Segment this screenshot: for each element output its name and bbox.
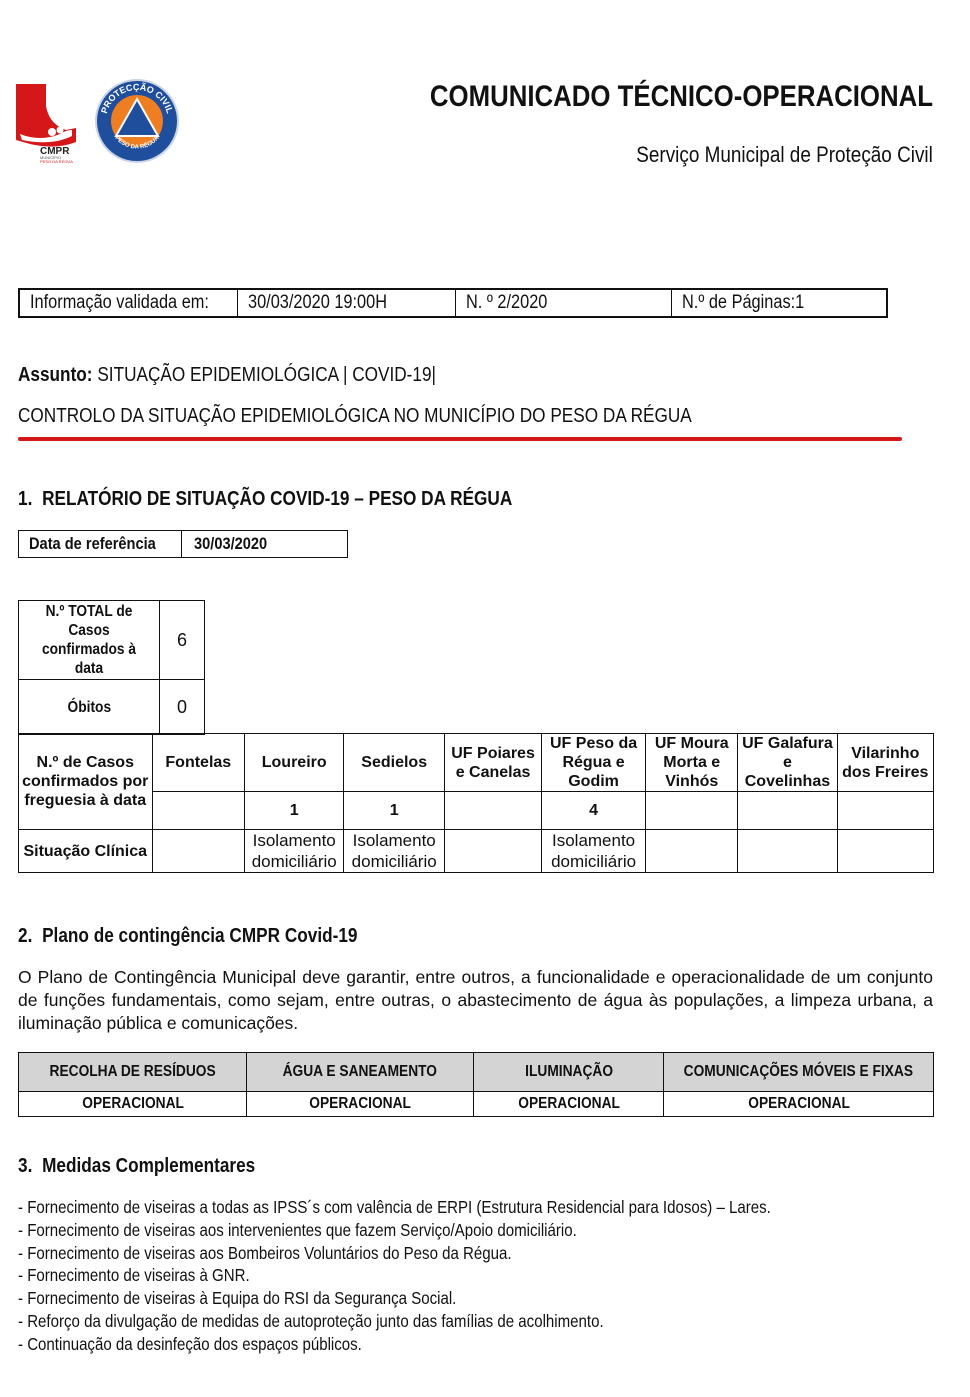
- cmpr-municipality-logo-icon: CMPR MUNICÍPIO PESO DA RÉGUA: [16, 84, 78, 164]
- measure-item: - Reforço da divulgação de medidas de au…: [18, 1310, 893, 1333]
- total-cases-row: N.º TOTAL de Casos confirmados à data 6: [19, 601, 205, 680]
- parish-cases-cell: [738, 792, 837, 830]
- service-name: ILUMINAÇÃO: [474, 1053, 664, 1092]
- parish-cases-cell: [445, 792, 542, 830]
- parish-header: UF Poiares e Canelas: [445, 734, 542, 792]
- subject-line-2: CONTROLO DA SITUAÇÃO EPIDEMIOLÓGICA NO M…: [18, 405, 801, 428]
- deaths-label: Óbitos: [19, 680, 160, 735]
- clinical-status-label: Situação Clínica: [19, 830, 153, 873]
- service-name: ÁGUA E SANEAMENTO: [247, 1053, 474, 1092]
- section-3-heading: 3.Medidas Complementares: [18, 1155, 294, 1178]
- document-subtitle: Serviço Municipal de Proteção Civil: [588, 142, 933, 168]
- parish-status-row: Situação Clínica Isolamento domiciliário…: [19, 830, 934, 873]
- parish-cases-cell: 1: [245, 792, 344, 830]
- service-status: OPERACIONAL: [474, 1092, 664, 1117]
- cases-by-parish-label: N.º de Casos confirmados por freguesia à…: [19, 734, 153, 830]
- parish-status-cell: Isolamento domiciliário: [245, 830, 344, 873]
- deaths-row: Óbitos 0: [19, 680, 205, 735]
- parish-cases-cell: [152, 792, 245, 830]
- parish-cases-cell: [837, 792, 933, 830]
- parish-status-cell: [646, 830, 738, 873]
- parish-status-cell: [445, 830, 542, 873]
- measure-item: - Fornecimento de viseiras aos Bombeiros…: [18, 1242, 893, 1265]
- section-1-heading: 1.RELATÓRIO DE SITUAÇÃO COVID-19 – PESO …: [18, 488, 593, 511]
- validated-datetime: 30/03/2020 19:00H: [238, 290, 456, 316]
- service-status: OPERACIONAL: [19, 1092, 247, 1117]
- measure-item: - Fornecimento de viseiras aos interveni…: [18, 1219, 893, 1242]
- parish-header: Loureiro: [245, 734, 344, 792]
- page-count: N.º de Páginas:1: [672, 290, 886, 316]
- parish-header: UF Moura Morta e Vinhós: [646, 734, 738, 792]
- measure-item: - Fornecimento de viseiras a todas as IP…: [18, 1196, 893, 1219]
- reference-date-label: Data de referência: [19, 531, 182, 557]
- svg-text:PESO DA RÉGUA: PESO DA RÉGUA: [40, 159, 73, 164]
- measure-item: - Fornecimento de viseiras à GNR.: [18, 1264, 893, 1287]
- communique-number: N. º 2/2020: [456, 290, 672, 316]
- proteccao-civil-badge-icon: PROTECÇÃO CIVIL PESO DA RÉGUA: [94, 78, 180, 164]
- section-2-heading: 2.Plano de contingência CMPR Covid-19: [18, 925, 413, 948]
- parish-header: Vilarinho dos Freires: [837, 734, 933, 792]
- service-name: RECOLHA DE RESÍDUOS: [19, 1053, 247, 1092]
- services-name-row: RECOLHA DE RESÍDUOSÁGUA E SANEAMENTOILUM…: [19, 1053, 934, 1092]
- measure-item: - Continuação da desinfeção dos espaços …: [18, 1333, 893, 1356]
- service-name: COMUNICAÇÕES MÓVEIS E FIXAS: [664, 1053, 934, 1092]
- totals-table: N.º TOTAL de Casos confirmados à data 6 …: [18, 600, 205, 735]
- measure-item: - Fornecimento de viseiras à Equipa do R…: [18, 1287, 893, 1310]
- complementary-measures-list: - Fornecimento de viseiras a todas as IP…: [18, 1196, 893, 1356]
- service-status: OPERACIONAL: [247, 1092, 474, 1117]
- services-status-row: OPERACIONALOPERACIONALOPERACIONALOPERACI…: [19, 1092, 934, 1117]
- parish-header: UF Galafura e Covelinhas: [738, 734, 837, 792]
- subject-label: Assunto:: [18, 364, 93, 386]
- reference-date-value: 30/03/2020: [182, 531, 347, 557]
- subject-text: SITUAÇÃO EPIDEMIOLÓGICA | COVID-19|: [93, 364, 436, 386]
- reference-date-table: Data de referência 30/03/2020: [18, 530, 348, 558]
- total-cases-label: N.º TOTAL de Casos confirmados à data: [19, 601, 160, 680]
- parish-header-row: N.º de Casos confirmados por freguesia à…: [19, 734, 934, 792]
- document-title: COMUNICADO TÉCNICO-OPERACIONAL: [348, 80, 933, 114]
- services-status-table: RECOLHA DE RESÍDUOSÁGUA E SANEAMENTOILUM…: [18, 1052, 934, 1117]
- red-divider: [18, 437, 902, 441]
- parish-cases-cell: 4: [542, 792, 646, 830]
- parish-cases-cell: [646, 792, 738, 830]
- service-status: OPERACIONAL: [664, 1092, 934, 1117]
- parish-cases-table: N.º de Casos confirmados por freguesia à…: [18, 733, 934, 873]
- parish-header: Sedielos: [344, 734, 445, 792]
- parish-header: UF Peso da Régua e Godim: [542, 734, 646, 792]
- validated-label: Informação validada em:: [20, 290, 238, 316]
- validation-info-bar: Informação validada em: 30/03/2020 19:00…: [18, 288, 888, 318]
- parish-status-cell: [738, 830, 837, 873]
- parish-header: Fontelas: [152, 734, 245, 792]
- parish-status-cell: [837, 830, 933, 873]
- parish-status-cell: Isolamento domiciliário: [344, 830, 445, 873]
- subject-line: Assunto: SITUAÇÃO EPIDEMIOLÓGICA | COVID…: [18, 364, 504, 387]
- parish-cases-row: 114: [19, 792, 934, 830]
- parish-status-cell: [152, 830, 245, 873]
- deaths-value: 0: [160, 680, 205, 735]
- parish-status-cell: Isolamento domiciliário: [542, 830, 646, 873]
- parish-cases-cell: 1: [344, 792, 445, 830]
- total-cases-value: 6: [160, 601, 205, 680]
- contingency-plan-paragraph: O Plano de Contingência Municipal deve g…: [18, 966, 933, 1035]
